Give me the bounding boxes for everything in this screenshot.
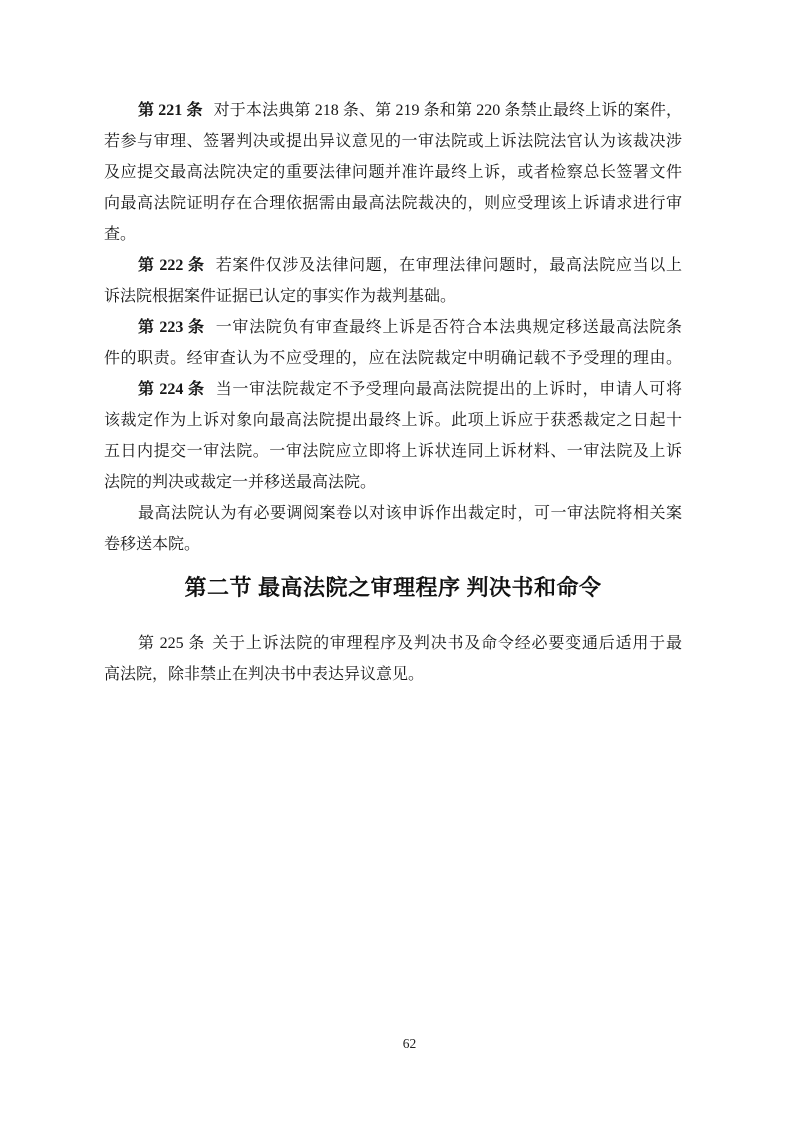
text-line: 第 225 条关于上诉法院的审理程序及判决书及命令经必要变通后适用于最 xyxy=(104,628,682,659)
text-run: 当一审法院裁定不予受理向最高法院提出的上诉时，申请人可将 xyxy=(216,381,682,398)
text-line: 诉法院根据案件证据已认定的事实作为裁判基础。 xyxy=(104,281,682,312)
article-224: 第 224 条当一审法院裁定不予受理向最高法院提出的上诉时，申请人可将 该裁定作… xyxy=(104,374,682,498)
text-line: 卷移送本院。 xyxy=(104,529,682,560)
text-line: 第 224 条当一审法院裁定不予受理向最高法院提出的上诉时，申请人可将 xyxy=(104,374,682,405)
text-line: 件的职责。经审查认为不应受理的，应在法院裁定中明确记载不予受理的理由。 xyxy=(104,343,682,374)
article-224-second-paragraph: 最高法院认为有必要调阅案卷以对该申诉作出裁定时，可一审法院将相关案 卷移送本院。 xyxy=(104,498,682,560)
article-221: 第 221 条对于本法典第 218 条、第 219 条和第 220 条禁止最终上… xyxy=(104,95,682,250)
text-block: 第 221 条对于本法典第 218 条、第 219 条和第 220 条禁止最终上… xyxy=(104,95,682,690)
text-line: 若参与审理、签署判决或提出异议意见的一审法院或上诉法院法官认为该裁决涉 xyxy=(104,126,682,157)
article-221-number: 第 221 条 xyxy=(138,102,203,119)
text-line: 高法院，除非禁止在判决书中表达异议意见。 xyxy=(104,659,682,690)
text-line: 法院的判决或裁定一并移送最高法院。 xyxy=(104,467,682,498)
text-run: 关于上诉法院的审理程序及判决书及命令经必要变通后适用于最 xyxy=(212,635,682,652)
page-number: 62 xyxy=(0,1036,793,1052)
text-line: 第 223 条一审法院负有审查最终上诉是否符合本法典规定移送最高法院条 xyxy=(104,312,682,343)
article-224-number: 第 224 条 xyxy=(138,381,205,398)
text-run: 若案件仅涉及法律问题，在审理法律问题时，最高法院应当以上 xyxy=(216,257,682,274)
text-line: 五日内提交一审法院。一审法院应立即将上诉状连同上诉材料、一审法院及上诉 xyxy=(104,436,682,467)
text-line: 查。 xyxy=(104,219,682,250)
text-line: 向最高法院证明存在合理依据需由最高法院裁决的，则应受理该上诉请求进行审 xyxy=(104,188,682,219)
text-line: 及应提交最高法院决定的重要法律问题并准许最终上诉，或者检察总长签署文件 xyxy=(104,157,682,188)
text-line: 最高法院认为有必要调阅案卷以对该申诉作出裁定时，可一审法院将相关案 xyxy=(104,498,682,529)
article-225: 第 225 条关于上诉法院的审理程序及判决书及命令经必要变通后适用于最 高法院，… xyxy=(104,628,682,690)
text-line: 第 222 条若案件仅涉及法律问题，在审理法律问题时，最高法院应当以上 xyxy=(104,250,682,281)
text-run: 对于本法典第 218 条、第 219 条和第 220 条禁止最终上诉的案件， xyxy=(214,102,682,119)
article-223: 第 223 条一审法院负有审查最终上诉是否符合本法典规定移送最高法院条 件的职责… xyxy=(104,312,682,374)
text-run: 一审法院负有审查最终上诉是否符合本法典规定移送最高法院条 xyxy=(216,319,682,336)
article-222-number: 第 222 条 xyxy=(138,257,205,274)
text-line: 该裁定作为上诉对象向最高法院提出最终上诉。此项上诉应于获悉裁定之日起十 xyxy=(104,405,682,436)
article-222: 第 222 条若案件仅涉及法律问题，在审理法律问题时，最高法院应当以上 诉法院根… xyxy=(104,250,682,312)
text-line: 第 221 条对于本法典第 218 条、第 219 条和第 220 条禁止最终上… xyxy=(104,95,682,126)
article-223-number: 第 223 条 xyxy=(138,319,205,336)
section-heading: 第二节 最高法院之审理程序 判决书和命令 xyxy=(104,570,682,606)
document-page: { "colors": { "background": "#ffffff", "… xyxy=(0,0,793,1122)
article-225-number: 第 225 条 xyxy=(138,635,205,652)
